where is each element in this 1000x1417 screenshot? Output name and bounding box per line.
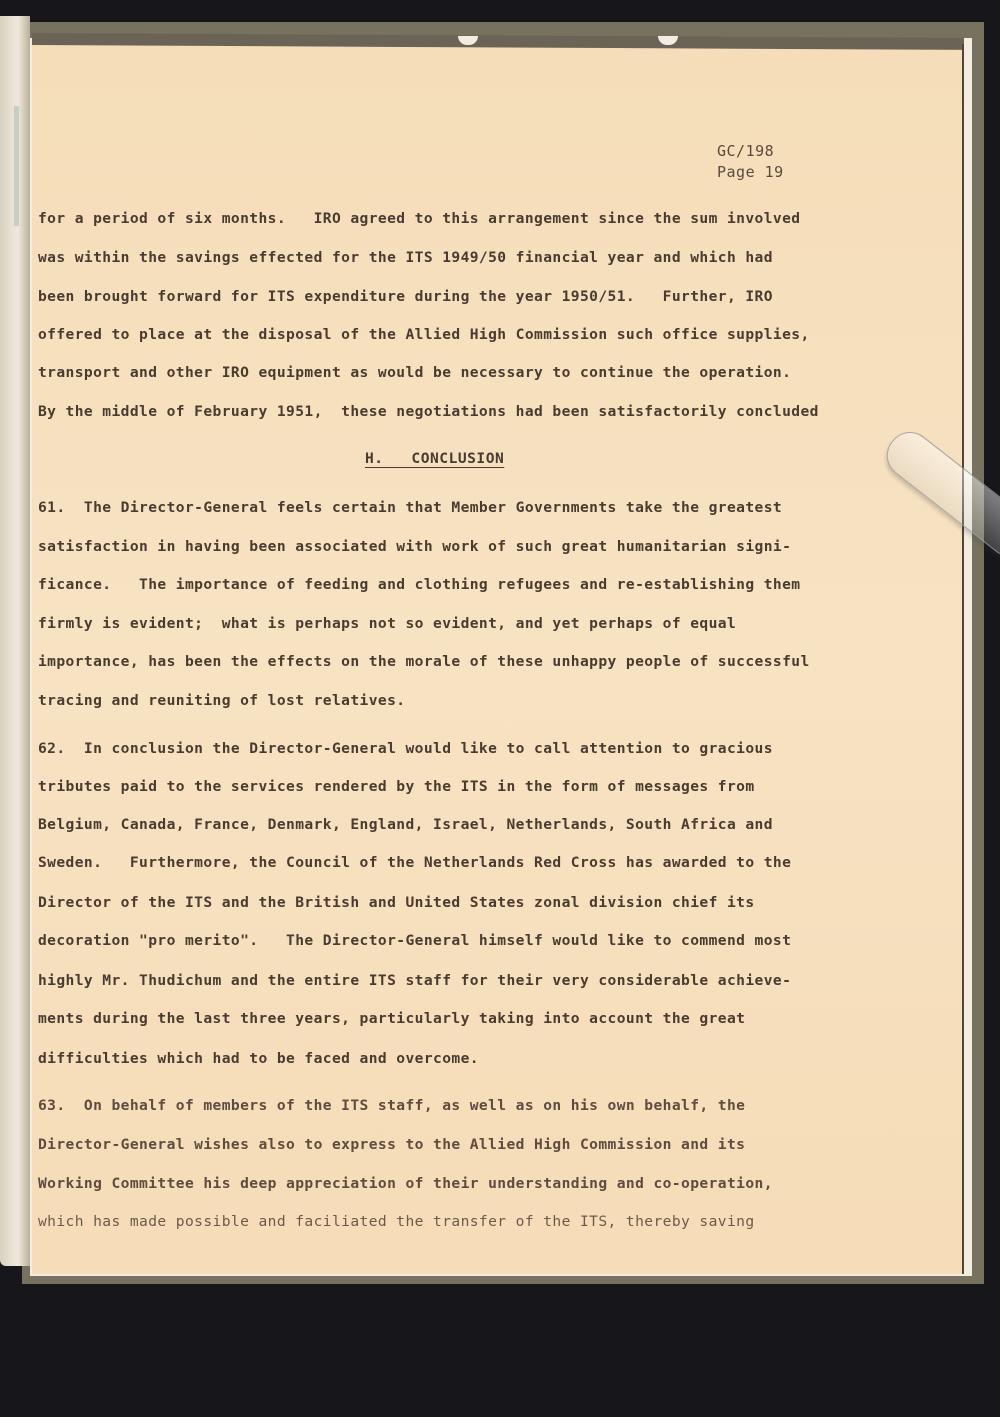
text-line: highly Mr. Thudichum and the entire ITS …	[38, 972, 791, 989]
text-line: Sweden. Furthermore, the Council of the …	[38, 854, 791, 871]
page-number: Page 19	[717, 162, 784, 183]
text-line: difficulties which had to be faced and o…	[38, 1050, 479, 1067]
text-line: for a period of six months. IRO agreed t…	[38, 210, 800, 227]
text-line: importance, has been the effects on the …	[38, 653, 810, 670]
text-line: 62. In conclusion the Director-General w…	[38, 740, 773, 757]
text-line: tracing and reuniting of lost relatives.	[38, 692, 405, 709]
text-line: firmly is evident; what is perhaps not s…	[38, 615, 736, 632]
text-line: satisfaction in having been associated w…	[38, 538, 791, 555]
text-line: ments during the last three years, parti…	[38, 1010, 745, 1027]
text-line: Working Committee his deep appreciation …	[38, 1175, 773, 1192]
document-reference-block: GC/198 Page 19	[717, 141, 784, 183]
text-line: Belgium, Canada, France, Denmark, Englan…	[38, 816, 773, 833]
section-heading: H. CONCLUSION	[365, 450, 504, 467]
text-line: transport and other IRO equipment as wou…	[38, 364, 791, 381]
document-reference: GC/198	[717, 141, 784, 162]
text-line: was within the savings effected for the …	[38, 249, 773, 266]
text-line: 63. On behalf of members of the ITS staf…	[38, 1097, 745, 1114]
text-line: which has made possible and faciliated t…	[38, 1213, 755, 1230]
text-line: been brought forward for ITS expenditure…	[38, 288, 773, 305]
text-line: decoration "pro merito". The Director-Ge…	[38, 932, 791, 949]
text-line: tributes paid to the services rendered b…	[38, 778, 755, 795]
text-line: ficance. The importance of feeding and c…	[38, 576, 800, 593]
text-line: 61. The Director-General feels certain t…	[38, 499, 782, 516]
text-line: By the middle of February 1951, these ne…	[38, 403, 819, 420]
typewritten-document: GC/198 Page 19 for a period of six month…	[0, 0, 1000, 1417]
text-line: offered to place at the disposal of the …	[38, 326, 810, 343]
text-line: Director of the ITS and the British and …	[38, 894, 755, 911]
text-line: Director-General wishes also to express …	[38, 1136, 745, 1153]
